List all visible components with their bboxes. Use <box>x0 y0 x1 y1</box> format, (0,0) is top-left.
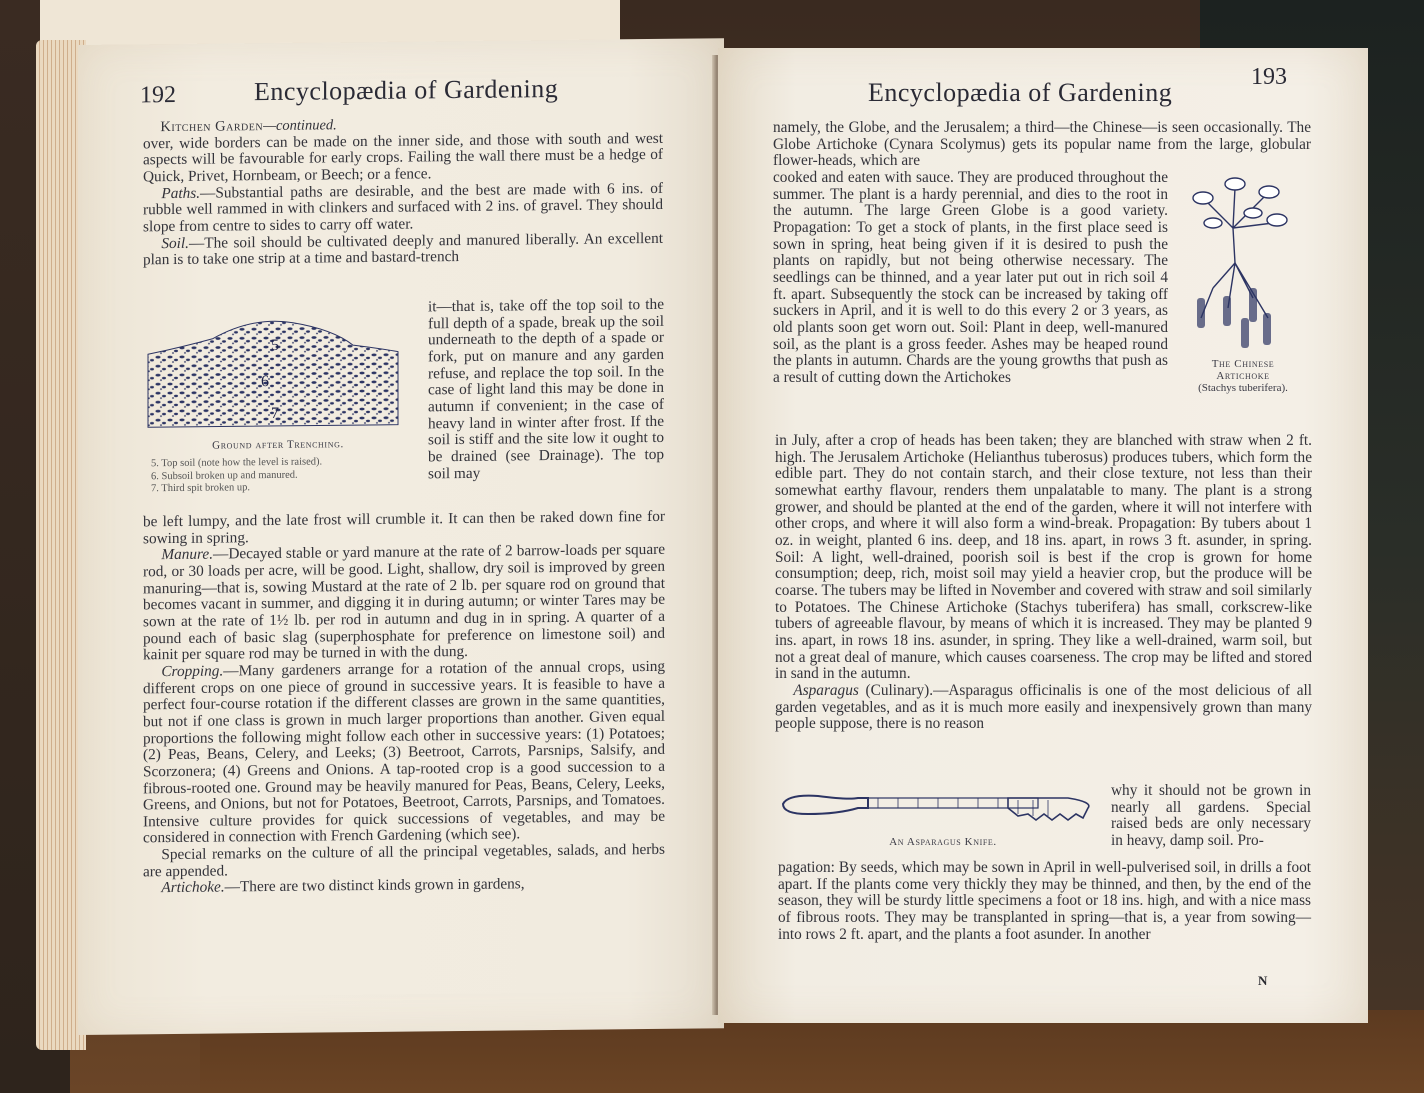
right-text-wrap-bottom: why it should not be grown in nearly all… <box>1111 783 1311 850</box>
paragraph: it—that is, take off the top soil to the… <box>428 297 664 483</box>
chinese-artichoke-illustration <box>1173 168 1303 358</box>
signature-mark: N <box>1258 973 1267 989</box>
figure-legend: 5. Top soil (note how the level is raise… <box>143 455 413 495</box>
figure-caption-line1: The Chinese <box>1173 358 1313 370</box>
legend-item: 7. Third spit broken up. <box>151 480 413 495</box>
page-number-right: 193 <box>1251 64 1287 91</box>
figure-caption: An Asparagus Knife. <box>778 836 1108 848</box>
figure-caption-line3: (Stachys tuberifera). <box>1173 382 1313 394</box>
right-text-bottom: pagation: By seeds, which may be sown in… <box>778 860 1311 943</box>
paragraph-soil: Soil.—The soil should be cultivated deep… <box>143 230 663 269</box>
asparagus-knife-illustration <box>778 786 1098 826</box>
figure-caption: Ground after Trenching. <box>143 437 413 452</box>
page-number-left: 192 <box>140 82 176 109</box>
figure-asparagus-knife: An Asparagus Knife. <box>778 786 1108 848</box>
paragraph-manure: Manure.—Decayed stable or yard manure at… <box>143 542 665 664</box>
paragraph: cooked and eaten with sauce. They are pr… <box>773 170 1168 387</box>
right-text-wrap: cooked and eaten with sauce. They are pr… <box>773 170 1168 387</box>
trenching-illustration: 5 6 7 <box>143 307 403 435</box>
left-text-top: Kitchen Garden—continued. over, wide bor… <box>143 114 663 269</box>
paragraph-cropping: Cropping.—Many gardeners arrange for a r… <box>143 659 665 848</box>
running-head-left: Encyclopædia of Gardening <box>254 74 558 107</box>
figure-label-7: 7 <box>271 405 279 422</box>
paragraph: pagation: By seeds, which may be sown in… <box>778 860 1311 943</box>
figure-caption-line2: Artichoke <box>1173 370 1313 382</box>
paragraph: over, wide borders can be made on the in… <box>143 131 663 186</box>
running-head-right: Encyclopædia of Gardening <box>868 78 1172 108</box>
figure-ground-after-trenching: 5 6 7 Ground after Trenching. 5. Top soi… <box>143 306 413 495</box>
left-text-bottom: be left lumpy, and the late frost will c… <box>143 509 665 898</box>
figure-chinese-artichoke: The Chinese Artichoke (Stachys tuberifer… <box>1173 168 1313 394</box>
paragraph-artichoke: Artichoke.—There are two distinct kinds … <box>143 875 665 897</box>
paragraph: why it should not be grown in nearly all… <box>1111 783 1311 850</box>
right-text-top: namely, the Globe, and the Jerusalem; a … <box>773 120 1311 170</box>
right-page: Encyclopædia of Gardening 193 namely, th… <box>718 48 1368 1023</box>
paragraph-asparagus: Asparagus (Culinary).—Asparagus officina… <box>775 683 1312 733</box>
paragraph: in July, after a crop of heads has been … <box>775 433 1312 683</box>
figure-label-5: 5 <box>271 337 279 354</box>
left-page: 192 Encyclopædia of Gardening Kitchen Ga… <box>78 38 724 1035</box>
paragraph: namely, the Globe, and the Jerusalem; a … <box>773 120 1311 170</box>
right-text-middle: in July, after a crop of heads has been … <box>775 433 1312 733</box>
paragraph-paths: Paths.—Substantial paths are desirable, … <box>143 180 663 235</box>
paragraph: Special remarks on the culture of all th… <box>143 842 665 881</box>
left-text-wrap: it—that is, take off the top soil to the… <box>428 297 664 483</box>
figure-label-6: 6 <box>261 373 269 390</box>
